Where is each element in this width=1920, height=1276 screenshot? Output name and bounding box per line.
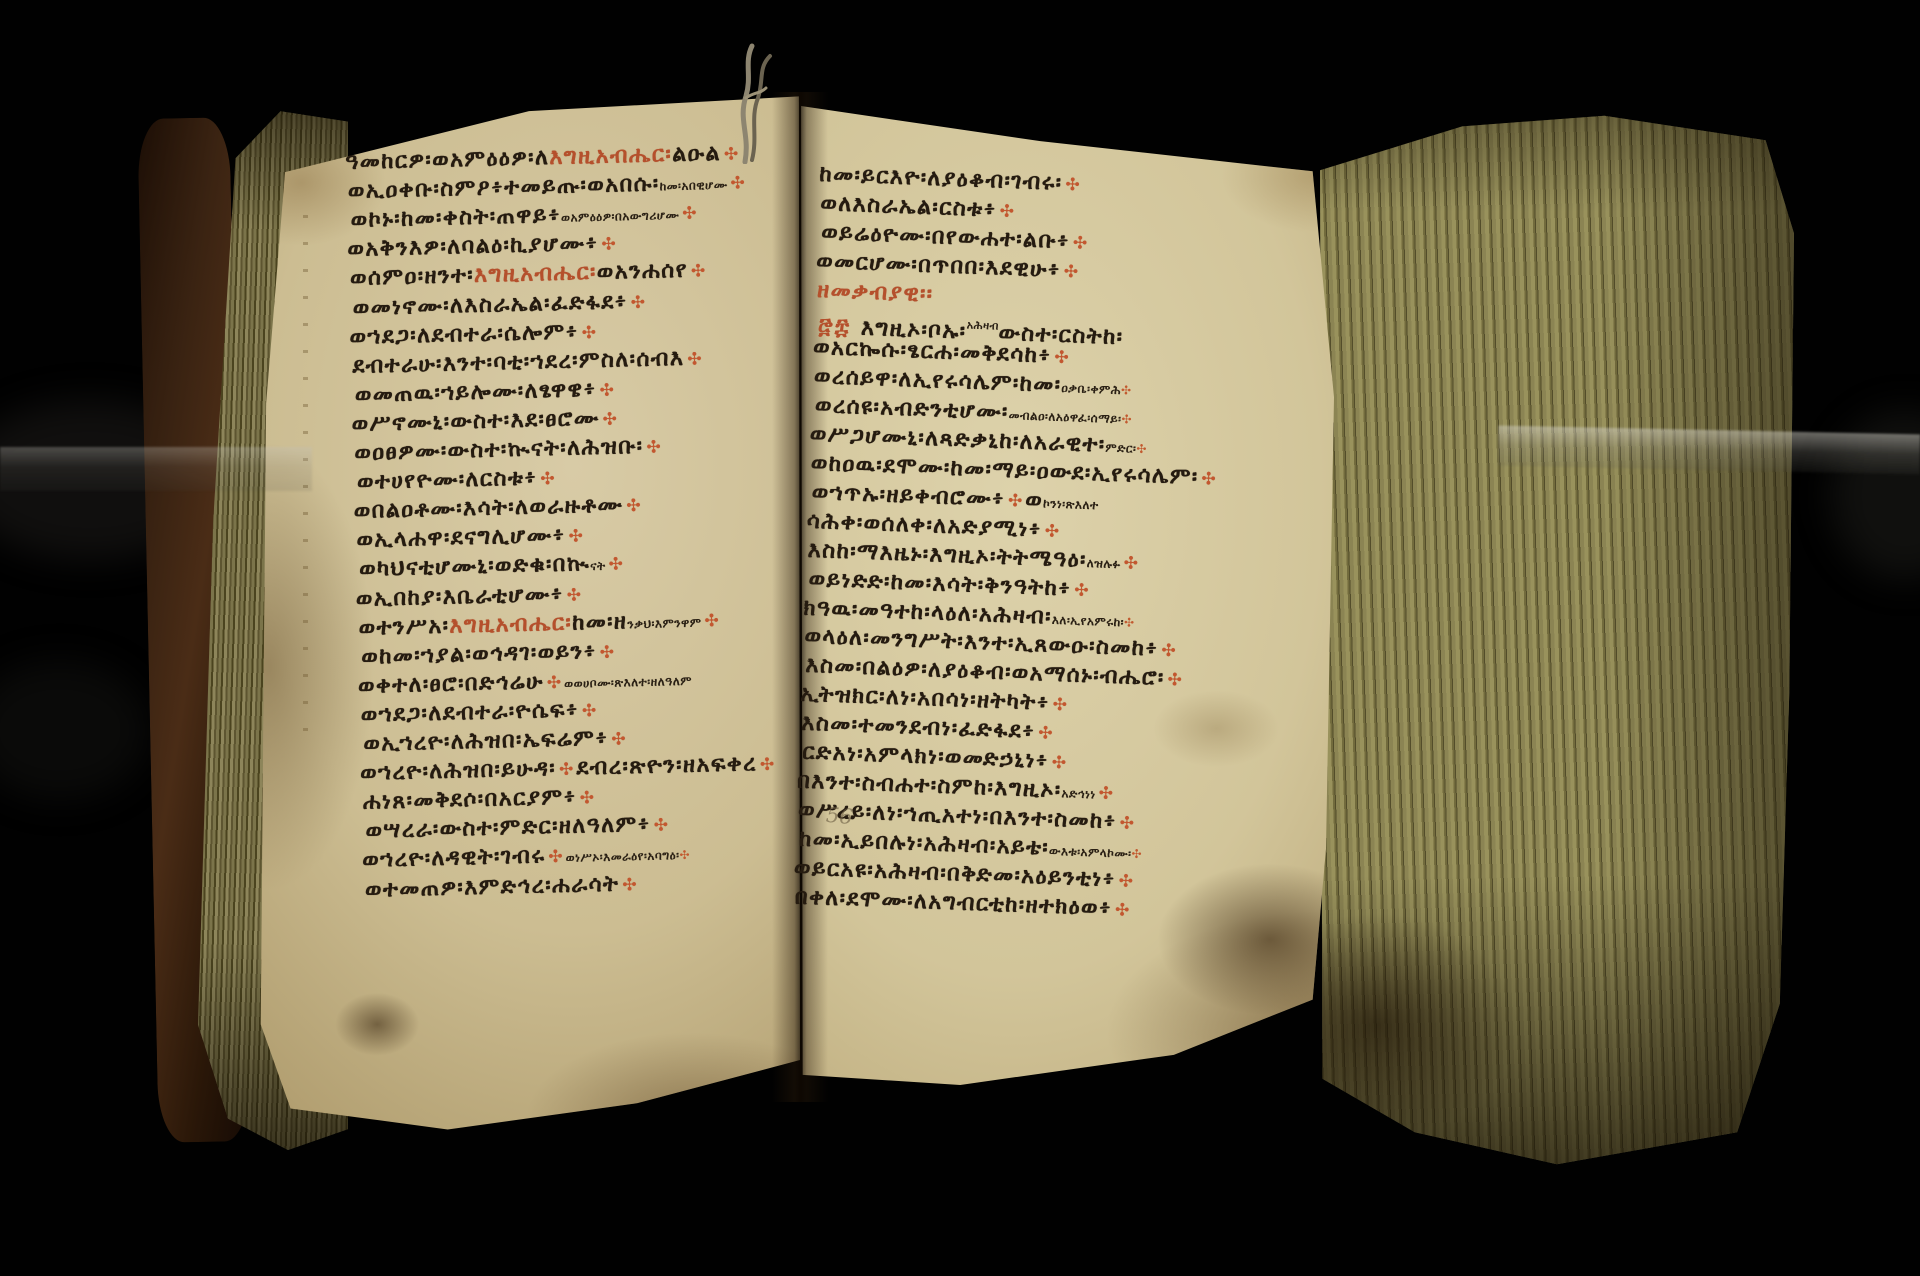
verse-separator-icon: ✣: [596, 642, 617, 662]
line-text: ወኀረዮ፡ለዳዊት፡ገብሩ: [362, 844, 546, 873]
verse-separator-icon: ✣: [545, 847, 566, 867]
verse-separator-icon: ✣: [651, 816, 672, 836]
verse-separator-icon: ✣: [679, 204, 700, 224]
line-text: ወበልዐቶሙ፡እሳት፡ለወራዙቶሙ: [354, 493, 624, 525]
verse-separator-icon: ✣: [1120, 553, 1141, 574]
line-text: ወተንሥአ፡: [358, 613, 449, 640]
verse-separator-icon: ✣: [1049, 695, 1070, 716]
line-text: ወተመጠዎ፡እምድኅረ፡ሐራሳት: [365, 871, 620, 902]
line-text: ወመነኖሙ፡ለእስራኤል፡ፈድፋደ፥: [353, 289, 628, 321]
line-text: ወኮኑ፡ከመ፡ቀስት፡ጠዋይ፥: [350, 203, 561, 233]
verse-separator-icon: ✣: [643, 437, 664, 457]
verse-separator-icon: ✣: [563, 585, 584, 605]
line-text: ወቀተለ፡ፀሮ፡በድኅሬሁ: [358, 669, 544, 699]
line-text: አድኅነነ: [1061, 786, 1096, 801]
verse-separator-icon: ✣: [1198, 469, 1219, 490]
line-text: ወኢላሐዋ፡ደናግሊሆሙ፥: [356, 523, 566, 553]
line-text: ከመ፡አበዊሆሙ: [659, 178, 727, 194]
manuscript-line: ወተሀየዮሙ፡ለርስቱ፥✣: [357, 465, 558, 497]
verse-separator-icon: ✣: [684, 349, 705, 369]
line-text: ወሰምዐ፡ዘንተ፡: [350, 263, 474, 291]
verse-separator-icon: ✣: [1164, 670, 1185, 691]
line-text: ወኀረዮ፡ለሕዝበ፡ይሁዳ፡: [360, 756, 556, 786]
line-text: ዐቃቤ፡ቀምሕ: [1061, 381, 1121, 397]
verse-separator-icon: ✣: [1035, 723, 1056, 744]
line-text: ውእቱ፡አምላኮሙ፡: [1049, 843, 1132, 860]
verse-separator-icon: ✣: [727, 173, 748, 193]
line-text: ሐነጸ፡መቅደሶ፡በአርያም፥: [363, 785, 577, 815]
verse-separator-icon: ✣: [623, 496, 644, 516]
line-text: ወአምዕዕዎ፡በአውግሪሆሙ: [561, 208, 680, 225]
verse-separator-icon: ✣: [1041, 521, 1062, 542]
right-page-stack-edge: [1320, 105, 1794, 1175]
rubric-text: እግዚአብሔር፡: [449, 610, 572, 638]
folio-number-value: 56: [825, 803, 854, 829]
line-text: ለዝሉፉ: [1086, 556, 1120, 571]
verse-separator-icon: ✣: [1124, 615, 1135, 629]
verse-separator-icon: ✣: [1051, 348, 1072, 369]
verse-separator-icon: ✣: [596, 380, 617, 400]
manuscript-line: ወኢበከያ፡እቤራቲሆሙ፥✣: [356, 581, 585, 614]
background-reflection: [0, 660, 150, 800]
verse-separator-icon: ✣: [1005, 491, 1026, 512]
verse-separator-icon: ✣: [598, 235, 619, 255]
line-text: ወካህናቲሆሙኒ፡ወድቁ፡በኲ: [359, 552, 590, 583]
verse-separator-icon: ✣: [1048, 753, 1069, 774]
verse-separator-icon: ✣: [1070, 233, 1091, 254]
verse-separator-icon: ✣: [608, 729, 629, 749]
verse-separator-icon: ✣: [996, 201, 1017, 222]
verse-separator-icon: ✣: [1121, 412, 1132, 426]
verse-separator-icon: ✣: [565, 527, 586, 547]
verse-separator-icon: ✣: [757, 755, 778, 775]
verse-separator-icon: ✣: [1071, 580, 1092, 601]
verse-separator-icon: ✣: [1060, 262, 1081, 283]
verse-separator-icon: ✣: [1115, 871, 1136, 892]
verse-separator-icon: ✣: [1095, 783, 1116, 804]
line-text: ወነሥኦ፡እመራዕየ፡አባግዕ፡: [566, 848, 680, 865]
verse-separator-icon: ✣: [1112, 900, 1133, 921]
verse-separator-icon: ✣: [688, 262, 709, 282]
line-text: ወ: [1025, 488, 1044, 514]
verse-separator-icon: ✣: [701, 611, 722, 631]
line-text: ወተሀየዮሙ፡ለርስቱ፥: [357, 466, 538, 495]
line-text: ኮንነ፡ጽእለተ: [1043, 496, 1099, 512]
glass-clip-left: [0, 447, 312, 491]
verse-separator-icon: ✣: [1116, 813, 1137, 834]
line-text: መብልዐ፡ለአዕዋፈ፡ሰማይ፡: [1008, 408, 1121, 426]
line-text: ዓመከርዎ፡ወአምዕዕዎ፡ለ: [345, 145, 550, 175]
verse-separator-icon: ✣: [537, 469, 558, 489]
line-text: ወኢበከያ፡እቤራቲሆሙ፥: [356, 581, 564, 611]
manuscript-line: ዘመቃብያዊ፡፡: [817, 278, 934, 309]
line-text: ወወሀቦሙ፡ጽእለተ፡ዘለዓለም: [564, 674, 692, 691]
line-text: ወኀደጋ፡ለደብተራ፡ዮሴፍ፥: [361, 697, 580, 727]
line-text: ናት: [590, 559, 606, 573]
verse-separator-icon: ✣: [1062, 175, 1083, 196]
verse-separator-icon: ✣: [576, 788, 597, 808]
line-text: ልዑል: [672, 141, 721, 167]
verse-separator-icon: ✣: [1136, 442, 1147, 456]
line-text: ወለእስራኤል፡ርስቱ፥: [820, 191, 997, 222]
line-text: ንቃህ፡እምንዋም: [627, 615, 701, 631]
verse-separator-icon: ✣: [605, 555, 626, 575]
verse-separator-icon: ✣: [1131, 846, 1142, 860]
pencil-folio-number: 56: [825, 803, 854, 829]
rubric-text: እግዚአብሔር፡: [474, 260, 597, 288]
line-text: ወከመ፡ኀያል፡ወኅዳገ፡ወይን፥: [361, 639, 597, 670]
verse-separator-icon: ✣: [578, 322, 599, 342]
manuscript-line: ሐነጸ፡መቅደሶ፡በአርያም፥✣: [363, 784, 598, 817]
verse-separator-icon: ✣: [1121, 383, 1132, 397]
line-text: ደብረ፡ጽዮን፡ዘአፍቀረ: [576, 751, 757, 780]
rubric-text: እግዚአብሔር፡: [549, 142, 672, 170]
line-text: እለ፡ኢየአምሩከ፡: [1052, 612, 1125, 629]
verse-separator-icon: ✣: [721, 144, 742, 164]
rubric-text: ዘመቃብያዊ፡፡: [817, 278, 934, 307]
verse-separator-icon: ✣: [619, 875, 640, 895]
line-text: አሕዛብ: [967, 318, 1000, 332]
verse-separator-icon: ✣: [679, 848, 690, 862]
line-text: ከመ፡ዘ: [572, 609, 628, 635]
manuscript-line: ወኢላሐዋ፡ደናግሊሆሙ፥✣: [356, 523, 586, 556]
manuscript-photo: ዓመከርዎ፡ወአምዕዕዎ፡ለእግዚአብሔር፡ልዑል✣ወኢዐቀቡ፡ስምዖ፥ተመይጡ…: [0, 0, 1920, 1276]
line-text: ወአቅንእዎ፡ለባልዕ፡ኪያሆሙ፥: [347, 231, 599, 262]
verse-separator-icon: ✣: [544, 673, 565, 693]
verse-separator-icon: ✣: [599, 409, 620, 429]
line-text: ምድር፡: [1105, 441, 1136, 456]
line-text: ወኀደጋ፡ለደብተራ፡ሴሎም፥: [349, 319, 579, 350]
verse-separator-icon: ✣: [556, 760, 577, 780]
verse-separator-icon: ✣: [579, 701, 600, 721]
verse-separator-icon: ✣: [628, 292, 649, 312]
line-text: ወመጠዉ፡ኀይሎሙ፡ለፄዋዌ፥: [355, 377, 597, 408]
line-text: ወአንሐሰየ: [597, 258, 689, 285]
line-text: ወኢኀረዮ፡ለሕዝበ፡ኤፍሬም፥: [363, 726, 608, 757]
line-text: ወሥኖሙኒ፡ውስተ፡እደ፡ፀሮሙ: [351, 406, 600, 437]
verse-separator-icon: ✣: [1158, 641, 1179, 662]
